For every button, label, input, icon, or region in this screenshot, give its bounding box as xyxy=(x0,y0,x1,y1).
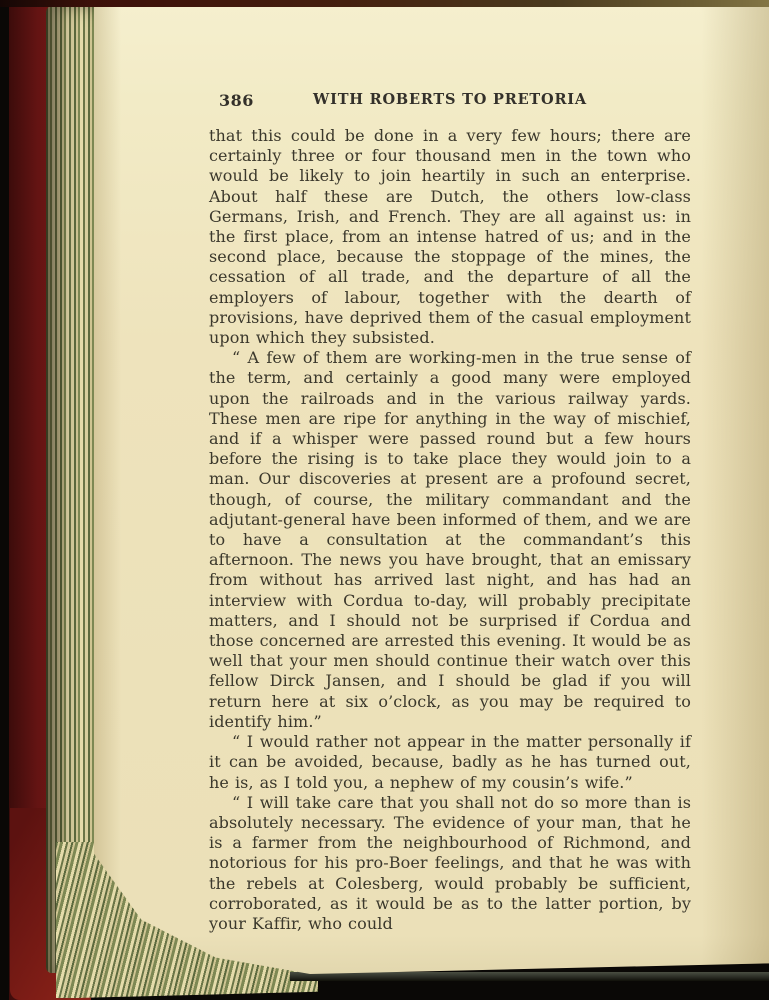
table-surface-edge xyxy=(290,972,769,981)
page-header: 386 WITH ROBERTS TO PRETORIA xyxy=(209,91,691,108)
book-top-rim xyxy=(0,0,769,7)
body-text: that this could be done in a very few ho… xyxy=(209,126,691,934)
book-page: 386 WITH ROBERTS TO PRETORIA that this c… xyxy=(94,4,769,974)
body-paragraph: “ A few of them are working-men in the t… xyxy=(209,348,691,732)
body-paragraph: that this could be done in a very few ho… xyxy=(209,126,691,348)
body-paragraph: “ I would rather not appear in the matte… xyxy=(209,732,691,793)
running-header-title: WITH ROBERTS TO PRETORIA xyxy=(209,91,691,108)
page-number: 386 xyxy=(219,91,254,110)
body-paragraph: “ I will take care that you shall not do… xyxy=(209,793,691,934)
book-photo: 386 WITH ROBERTS TO PRETORIA that this c… xyxy=(0,0,769,1000)
